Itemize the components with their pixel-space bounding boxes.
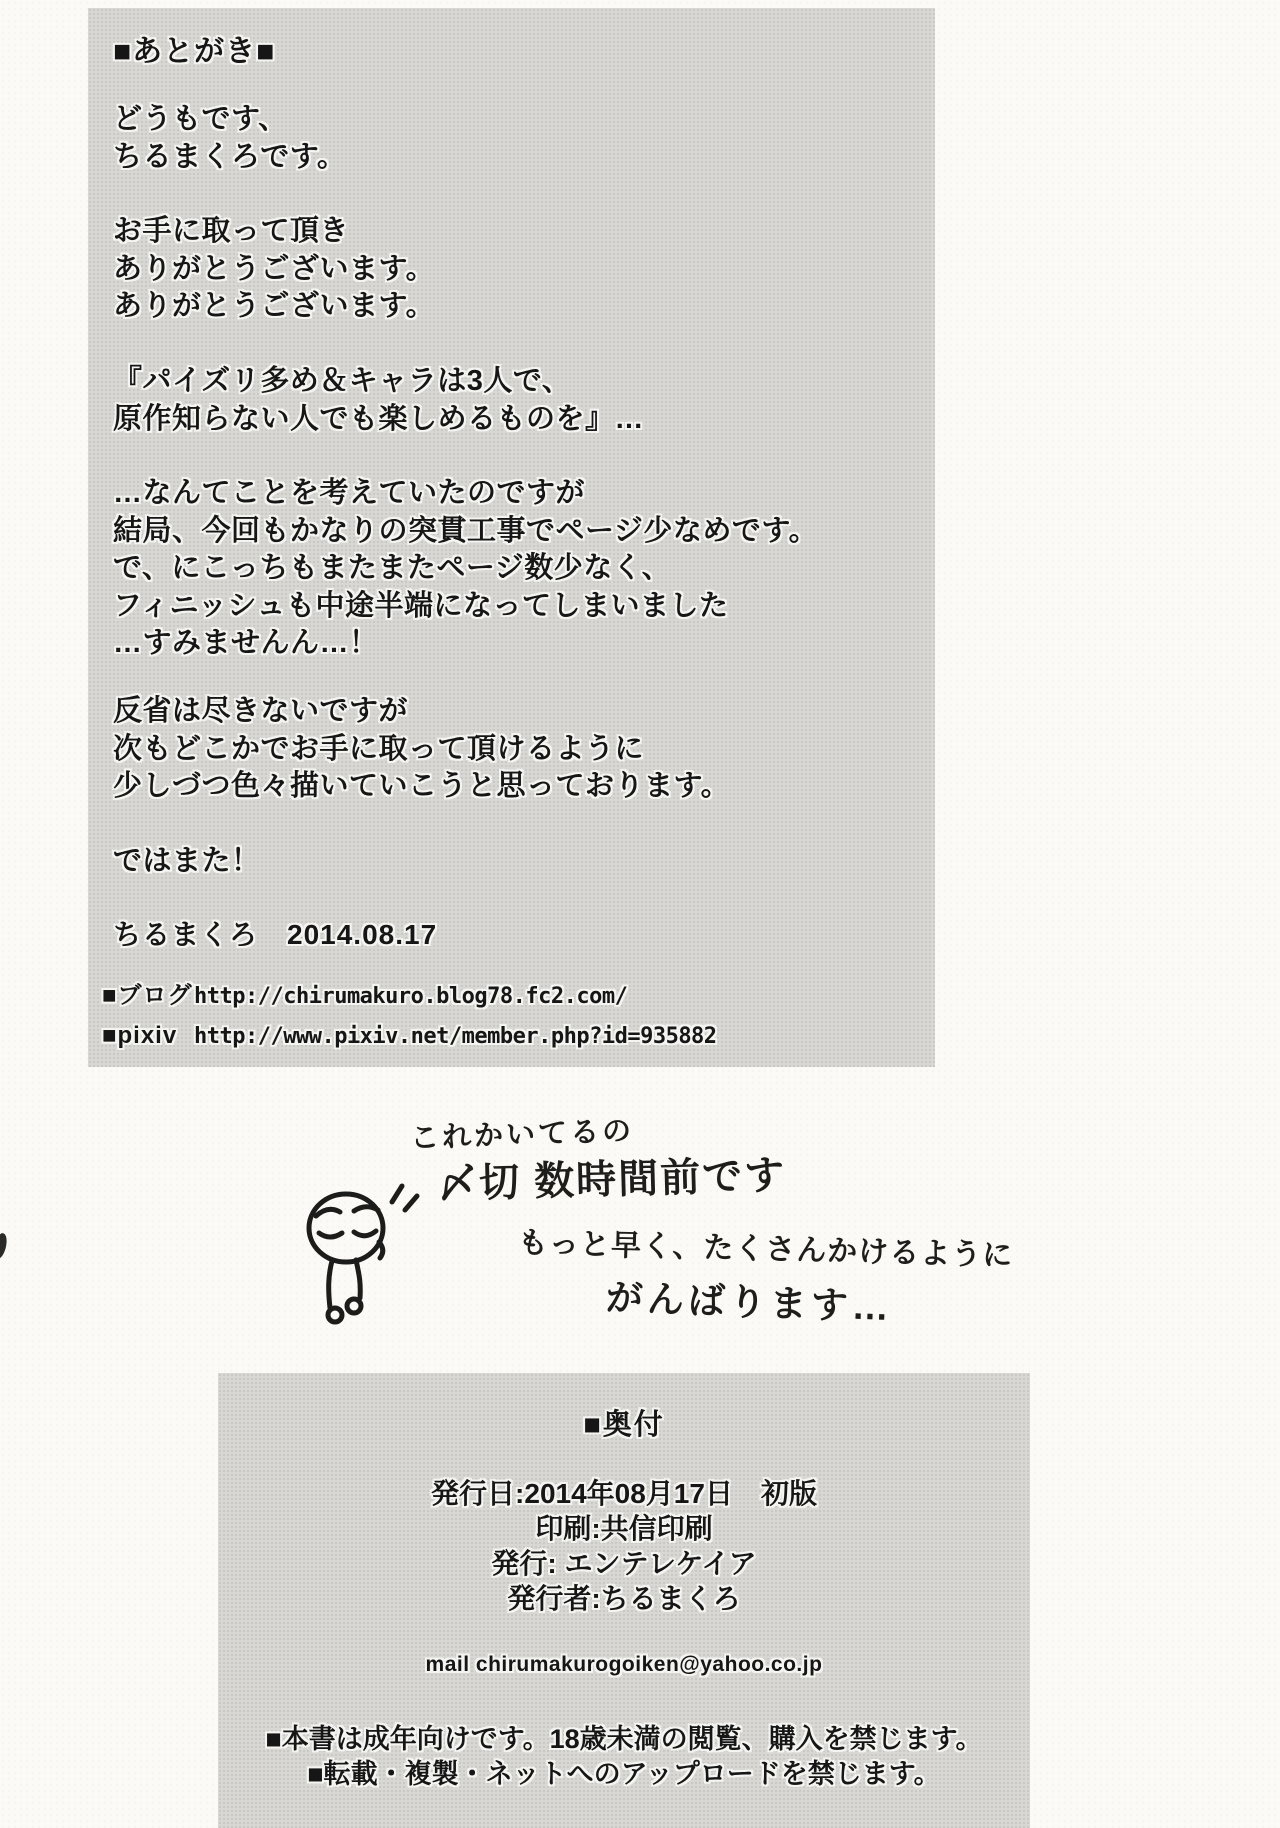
afterword-line: お手に取って頂き	[113, 213, 925, 251]
afterword-line: …すみませんん…！	[113, 625, 925, 663]
pixiv-label: ■pixiv	[102, 1017, 194, 1054]
signature-line: ちるまくろ 2014.08.17	[113, 913, 925, 953]
afterword-line: どうもです、	[113, 101, 925, 139]
afterword-paragraph: 反省は尽きないですが 次もどこかでお手に取って頂けるように 少しづつ色々描いてい…	[113, 693, 925, 806]
afterword-heading: ■あとがき■	[113, 26, 925, 70]
afterword-paragraph: どうもです、 ちるまくろです。	[113, 101, 925, 176]
colophon-printer: 印刷:共信印刷	[218, 1507, 1030, 1547]
scan-smudge	[0, 1232, 9, 1260]
afterword-line: 反省は尽きないですが	[113, 693, 925, 731]
colophon-mail: mail chirumakurogoiken@yahoo.co.jp	[218, 1653, 1030, 1677]
scanned-afterword-page: ■あとがき■ どうもです、 ちるまくろです。 お手に取って頂き ありがとうござい…	[0, 0, 1280, 1828]
colophon-publisher-circle: 発行: エンテレケイア	[218, 1542, 1030, 1582]
afterword-line: フィニッシュも中途半端になってしまいました	[113, 588, 925, 626]
afterword-line: …なんてことを考えていたのですが	[113, 475, 925, 513]
afterword-line: で、にこっちもまたまたページ数少なく、	[113, 550, 925, 588]
contact-links: ■ブログhttp://chirumakuro.blog78.fc2.com/ ■…	[102, 977, 925, 1057]
handwritten-note-line-2: 〆切 数時間前です	[436, 1143, 786, 1209]
colophon-author: 発行者:ちるまくろ	[218, 1577, 1030, 1617]
afterword-line: 少しづつ色々描いていこうと思っております。	[113, 768, 925, 806]
afterword-line: ありがとうございます。	[113, 251, 925, 289]
afterword-paragraph: ではまた！	[113, 843, 925, 881]
colophon-warning-repost: ■転載・複製・ネットへのアップロードを禁じます。	[218, 1752, 1030, 1791]
colophon-box: ■奥付 発行日:2014年08月17日 初版 印刷:共信印刷 発行: エンテレケ…	[218, 1373, 1030, 1828]
afterword-line: ちるまくろです。	[113, 139, 925, 177]
handwritten-note-line-4: がんばります…	[605, 1267, 894, 1331]
colophon-publish-date: 発行日:2014年08月17日 初版	[218, 1472, 1030, 1512]
sweating-chibi-doodle	[286, 1178, 436, 1338]
afterword-line: ありがとうございます。	[113, 288, 925, 326]
afterword-box: ■あとがき■ どうもです、 ちるまくろです。 お手に取って頂き ありがとうござい…	[88, 8, 935, 1067]
afterword-paragraph: 『パイズリ多め＆キャラは3人で、 原作知らない人でも楽しめるものを』…	[113, 363, 925, 438]
pixiv-link-row: ■pixivhttp://www.pixiv.net/member.php?id…	[102, 1017, 925, 1057]
colophon-heading: ■奥付	[218, 1402, 1030, 1443]
afterword-line: ではまた！	[113, 843, 925, 881]
blog-url: http://chirumakuro.blog78.fc2.com/	[194, 984, 627, 1009]
afterword-paragraph: …なんてことを考えていたのですが 結局、今回もかなりの突貫工事でページ少なめです…	[113, 475, 925, 663]
afterword-paragraph: お手に取って頂き ありがとうございます。 ありがとうございます。	[113, 213, 925, 326]
pixiv-url: http://www.pixiv.net/member.php?id=93588…	[194, 1024, 717, 1049]
colophon-warning-adult: ■本書は成年向けです。18歳未満の閲覧、購入を禁じます。	[218, 1717, 1030, 1756]
afterword-line: 原作知らない人でも楽しめるものを』…	[113, 401, 925, 439]
afterword-line: 結局、今回もかなりの突貫工事でページ少なめです。	[113, 513, 925, 551]
afterword-line: 次もどこかでお手に取って頂けるように	[113, 731, 925, 769]
afterword-line: 『パイズリ多め＆キャラは3人で、	[113, 363, 925, 401]
blog-label: ■ブログ	[102, 977, 194, 1014]
blog-link-row: ■ブログhttp://chirumakuro.blog78.fc2.com/	[102, 977, 925, 1017]
handwritten-note-line-3: もっと早く、たくさんかけるように	[518, 1218, 1014, 1275]
